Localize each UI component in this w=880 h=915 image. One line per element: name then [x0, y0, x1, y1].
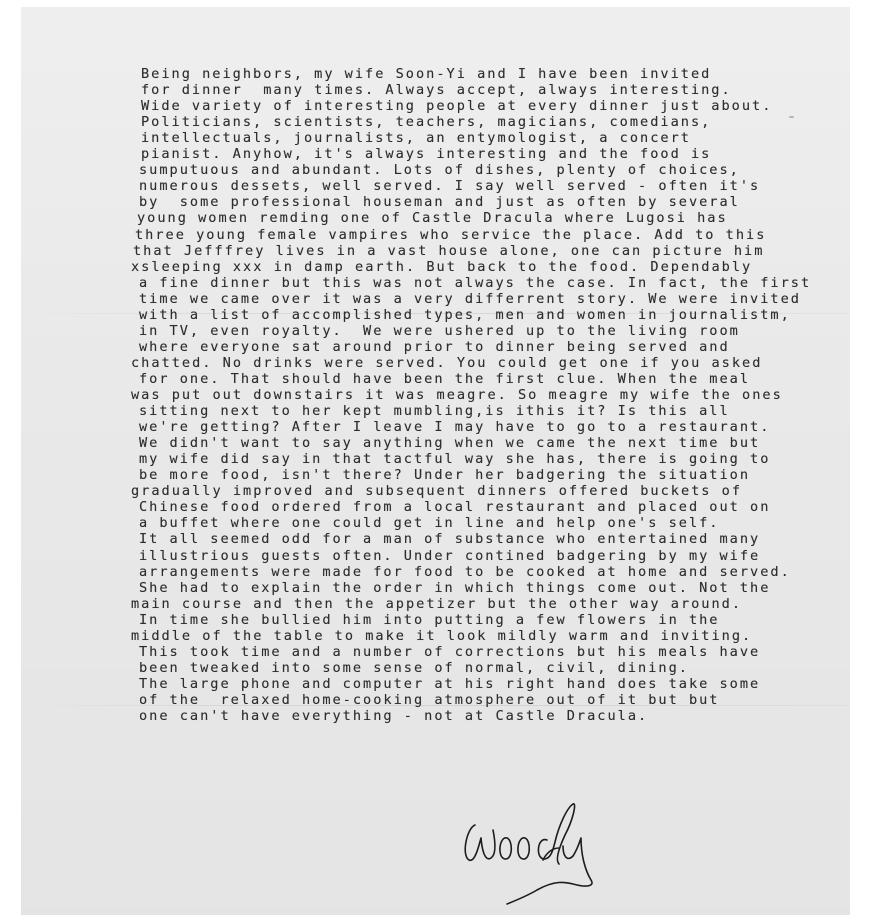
letter-line: in TV, even royalty. We were ushered up …	[139, 323, 740, 339]
letter-line: main course and then the appetizer but t…	[131, 596, 742, 612]
letter-line: This took time and a number of correctio…	[139, 644, 760, 660]
letter-line: of the relaxed home-cooking atmosphere o…	[139, 692, 720, 708]
letter-line: Politicians, scientists, teachers, magic…	[141, 114, 711, 130]
handwritten-signature-icon: Woody	[455, 800, 630, 910]
letter-line: with a list of accomplished types, men a…	[139, 307, 791, 323]
letter-line: We didn't want to say anything when we c…	[139, 435, 760, 451]
letter-line: middle of the table to make it look mild…	[131, 628, 752, 644]
letter-line: sumputuous and abundant. Lots of dishes,…	[139, 162, 740, 178]
letter-line: young women remding one of Castle Dracul…	[137, 210, 728, 226]
letter-line: She had to explain the order in which th…	[139, 580, 770, 596]
letter-line: my wife did say in that tactful way she …	[139, 451, 770, 467]
letter-line: It all seemed odd for a man of substance…	[139, 531, 760, 547]
letter-line: Being neighbors, my wife Soon-Yi and I h…	[141, 66, 711, 82]
letter-line: intellectuals, journalists, an entymolog…	[141, 130, 691, 146]
letter-line: xsleeping xxx in damp earth. But back to…	[131, 259, 752, 275]
letter-line: for one. That should have been the first…	[139, 371, 750, 387]
letter-line: chatted. No drinks were served. You coul…	[131, 355, 762, 371]
letter-line: three young female vampires who service …	[135, 227, 766, 243]
letter-line: been tweaked into some sense of normal, …	[139, 660, 689, 676]
letter-line: a fine dinner but this was not always th…	[139, 275, 811, 291]
letter-line: time we came over it was a very differre…	[139, 291, 801, 307]
letter-line: sitting next to her kept mumbling,is ith…	[139, 403, 730, 419]
letter-line: was put out downstairs it was meagre. So…	[131, 387, 783, 403]
letter-line: one can't have everything - not at Castl…	[139, 708, 648, 724]
letter-line: a buffet where one could get in line and…	[139, 515, 720, 531]
letter-line: arrangements were made for food to be co…	[139, 564, 791, 580]
letter-line: illustrious guests often. Under contined…	[139, 548, 760, 564]
letter-line: Chinese food ordered from a local restau…	[139, 499, 770, 515]
letter-line: pianist. Anyhow, it's always interesting…	[141, 146, 711, 162]
letter-line: In time she bullied him into putting a f…	[139, 612, 720, 628]
letter-line: we're getting? After I leave I may have …	[139, 419, 770, 435]
letter-line: be more food, isn't there? Under her bad…	[139, 467, 750, 483]
letter-line: numerous dessets, well served. I say wel…	[139, 178, 760, 194]
letter-line: where everyone sat around prior to dinne…	[139, 339, 730, 355]
letter-line: by some professional houseman and just a…	[139, 194, 740, 210]
letter-line: for dinner many times. Always accept, al…	[141, 82, 732, 98]
letter-line: gradually improved and subsequent dinner…	[131, 483, 742, 499]
letter-line: The large phone and computer at his righ…	[139, 676, 760, 692]
letter-line: Wide variety of interesting people at ev…	[141, 98, 772, 114]
letter-line: that Jefffrey lives in a vast house alon…	[133, 243, 764, 259]
paper-speck	[789, 116, 794, 118]
